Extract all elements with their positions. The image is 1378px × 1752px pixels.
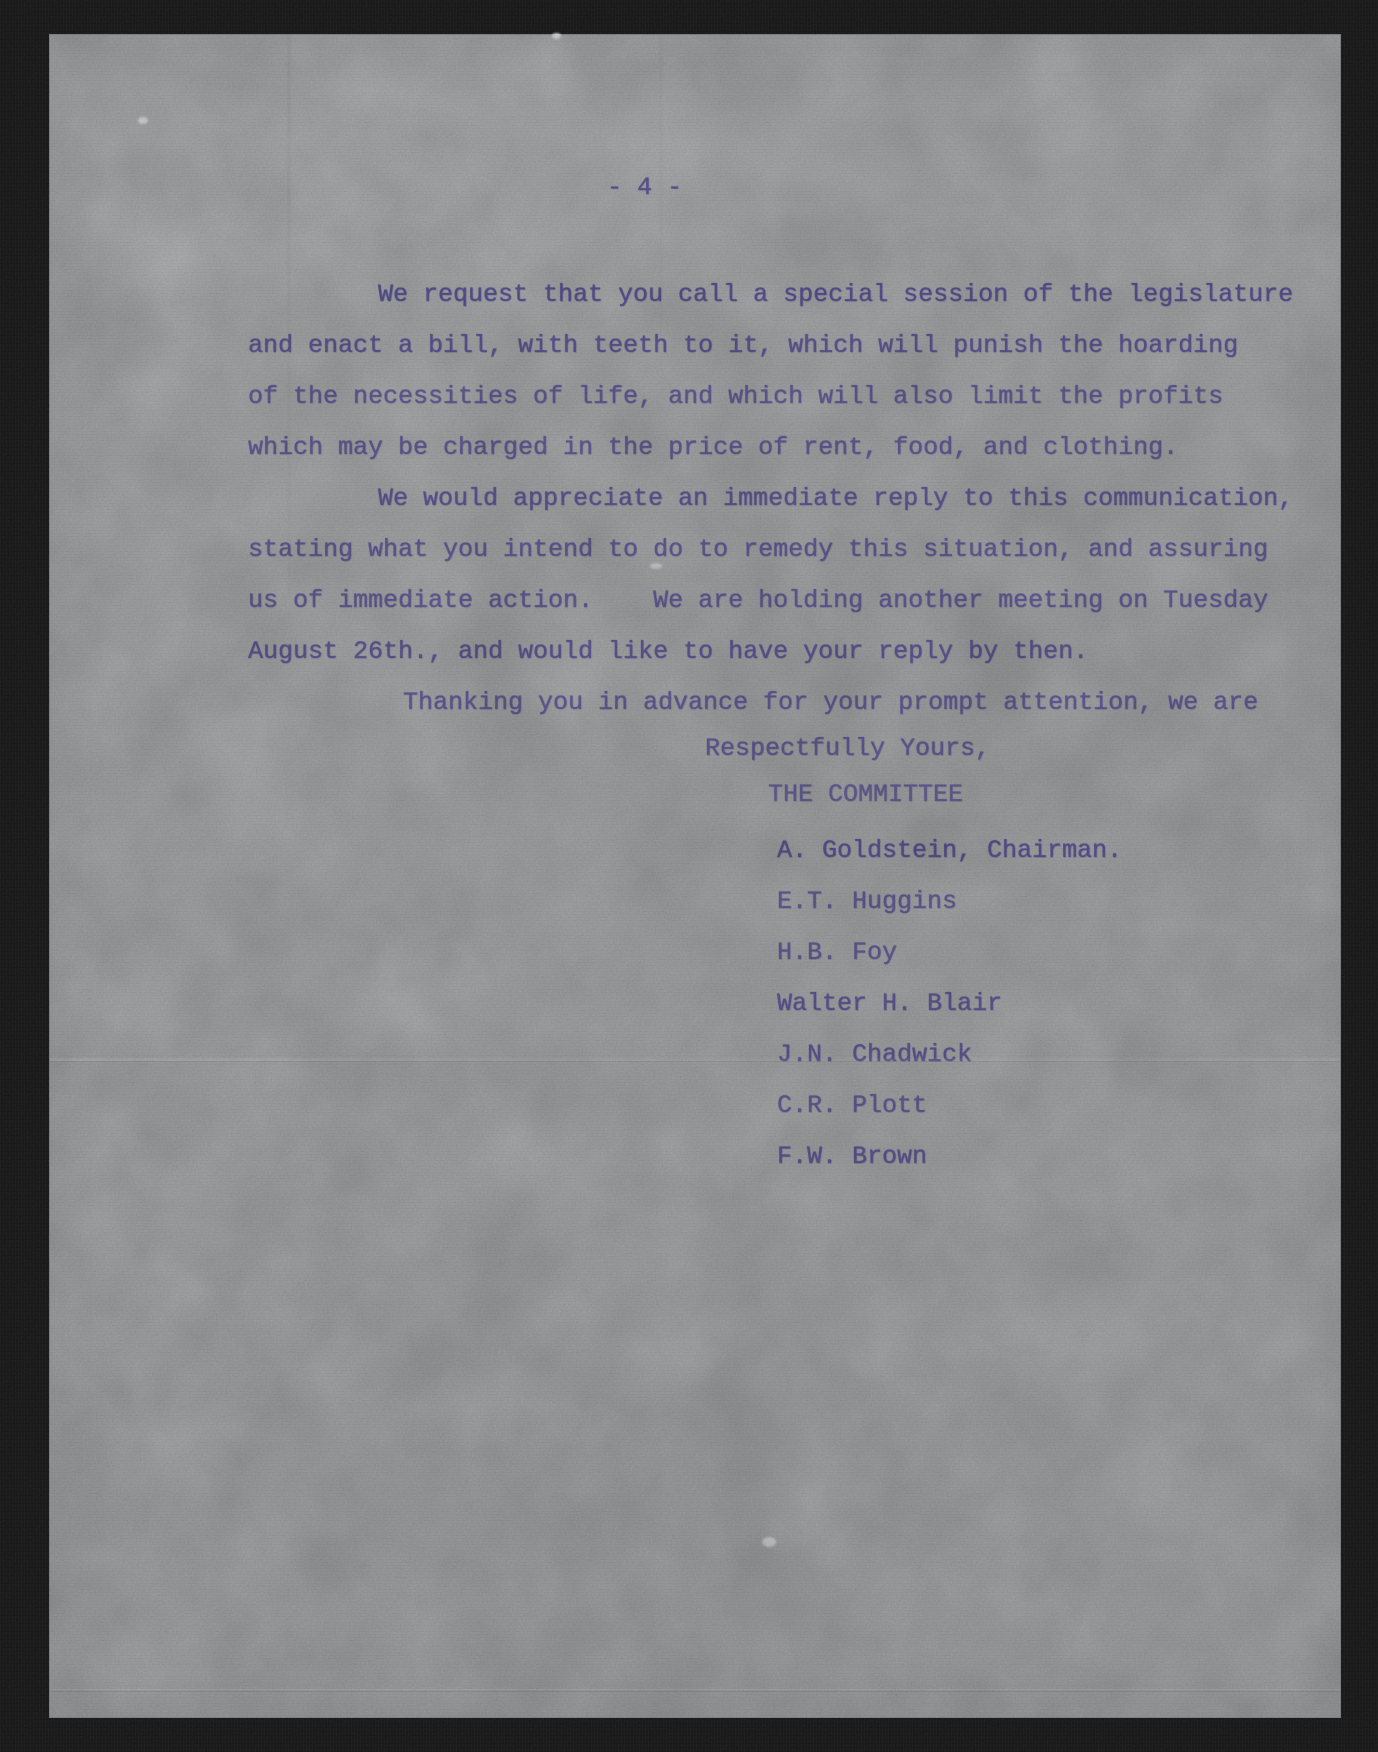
paper-crease-vertical	[288, 35, 290, 595]
document-page: - 4 - We request that you call a special…	[50, 35, 1340, 1717]
signature-line: H.B. Foy	[777, 938, 897, 968]
body-line: We would appreciate an immediate reply t…	[378, 484, 1293, 514]
paper-fleck	[138, 117, 148, 124]
body-line: We request that you call a special sessi…	[378, 280, 1293, 310]
body-line: us of immediate action. We are holding a…	[248, 586, 1268, 616]
signature-line: Walter H. Blair	[777, 989, 1002, 1019]
signature-line: E.T. Huggins	[777, 887, 957, 917]
signature-line: A. Goldstein, Chairman.	[777, 836, 1122, 866]
body-line: August 26th., and would like to have you…	[248, 637, 1088, 667]
page-number: - 4 -	[607, 173, 682, 203]
paper-fold-bottom	[50, 1689, 1340, 1692]
committee-label: THE COMMITTEE	[768, 780, 963, 810]
signature-line: J.N. Chadwick	[777, 1040, 972, 1070]
signature-line: F.W. Brown	[777, 1142, 927, 1172]
closing-line: Thanking you in advance for your prompt …	[403, 688, 1258, 718]
paper-fleck	[552, 33, 561, 39]
body-line: which may be charged in the price of ren…	[248, 433, 1178, 463]
valediction: Respectfully Yours,	[705, 734, 990, 764]
signature-line: C.R. Plott	[777, 1091, 927, 1121]
paper-fleck	[650, 563, 662, 569]
scan-background: { "document": { "page_number": "- 4 -", …	[0, 0, 1378, 1752]
paper-crease-vertical	[660, 35, 662, 455]
body-line: of the necessities of life, and which wi…	[248, 382, 1223, 412]
paper-crease-horizontal	[50, 1058, 1340, 1061]
body-line: and enact a bill, with teeth to it, whic…	[248, 331, 1238, 361]
paper-fleck	[762, 1537, 776, 1547]
body-line: stating what you intend to do to remedy …	[248, 535, 1268, 565]
